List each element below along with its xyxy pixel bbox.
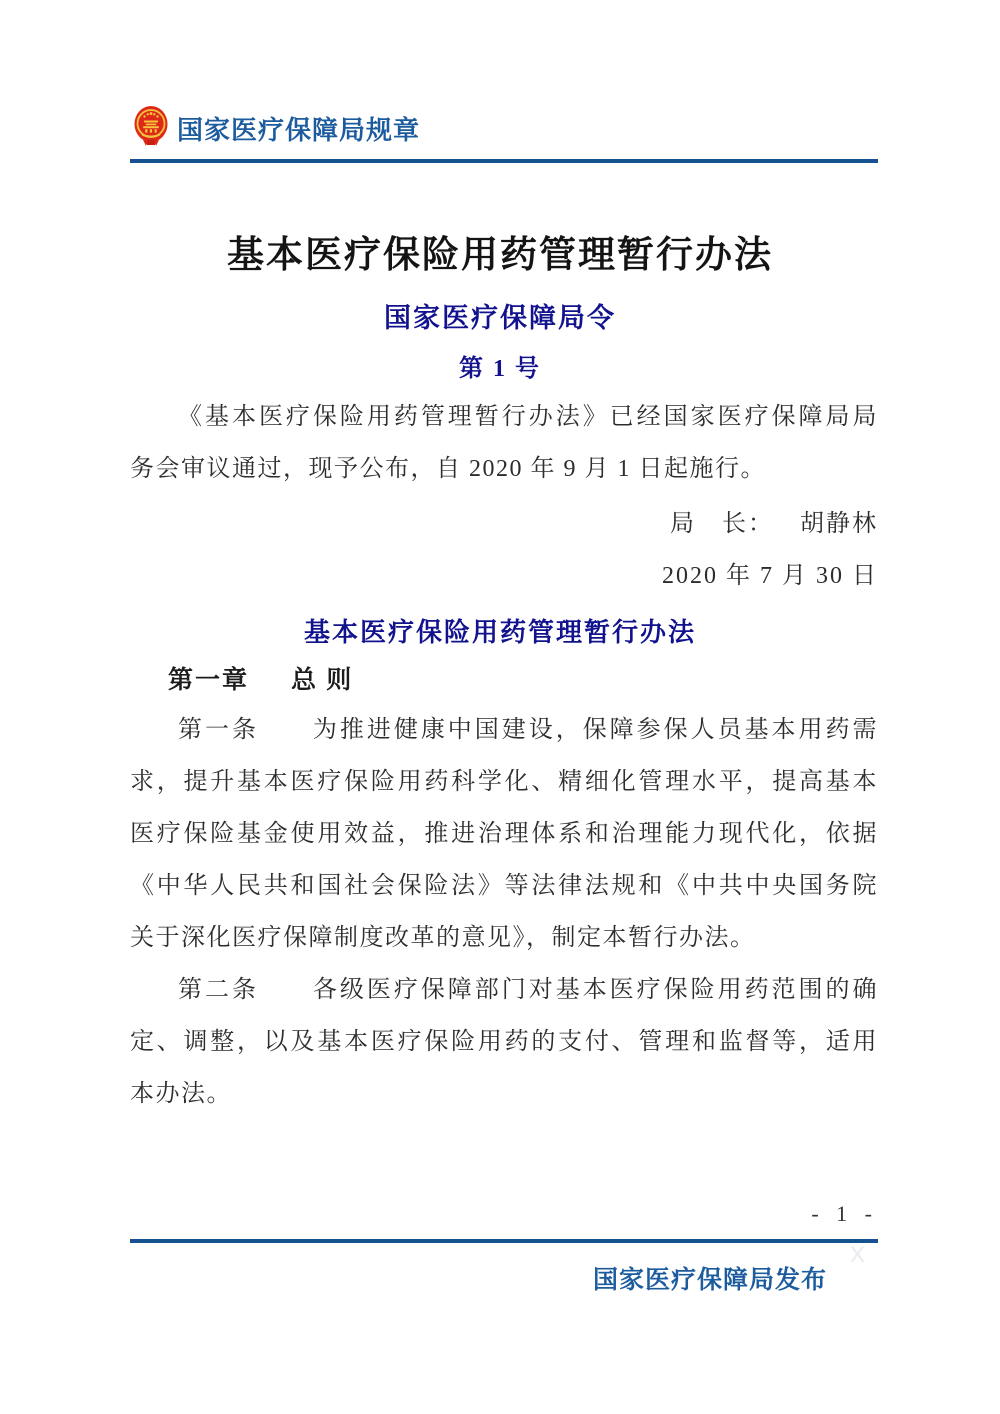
body-document-heading: 基本医疗保险用药管理暂行办法	[0, 607, 1000, 659]
header-agency-label: 国家医疗保障局规章	[177, 110, 420, 147]
footer-publisher: 国家医疗保障局发布	[0, 1258, 827, 1302]
footer-rule	[130, 1239, 878, 1243]
signature-line: 局 长：胡静林	[130, 498, 878, 550]
decree-issuer: 国家医疗保障局令	[0, 296, 1000, 335]
signer-name: 胡静林	[800, 511, 878, 537]
announcement-line: 《基本医疗保险用药管理暂行办法》已经国家医疗保障局局	[130, 391, 878, 443]
announcement-line: 务会审议通过，现予公布，自 2020 年 9 月 1 日起施行。	[130, 443, 878, 495]
signature-date: 2020 年 7 月 30 日	[130, 550, 878, 602]
document-page: 国家医疗保障局规章 基本医疗保险用药管理暂行办法 国家医疗保障局令 第 1 号 …	[0, 0, 1000, 1414]
chapter-number: 第一章	[168, 667, 249, 694]
article-line: 《中华人民共和国社会保险法》等法律法规和《中共中央国务院	[130, 860, 878, 912]
chapter-heading: 第一章总 则	[168, 655, 353, 707]
header-rule	[130, 159, 878, 163]
article-line: 关于深化医疗保障制度改革的意见》，制定本暂行办法。	[130, 912, 878, 964]
article-line: 第二条 各级医疗保障部门对基本医疗保险用药范围的确	[130, 964, 878, 1016]
document-title: 基本医疗保险用药管理暂行办法	[0, 224, 1000, 278]
article-line: 定、调整，以及基本医疗保险用药的支付、管理和监督等，适用	[130, 1016, 878, 1068]
article-line: 第一条 为推进健康中国建设，保障参保人员基本用药需	[130, 704, 878, 756]
chapter-title: 总 则	[291, 667, 353, 694]
national-emblem-icon	[133, 105, 169, 147]
announcement-paragraph: 《基本医疗保险用药管理暂行办法》已经国家医疗保障局局 务会审议通过，现予公布，自…	[130, 391, 878, 495]
page-number: - 1 -	[130, 1196, 878, 1232]
article-line: 医疗保险基金使用效益，推进治理体系和治理能力现代化，依据	[130, 808, 878, 860]
article-1-paragraph: 第一条 为推进健康中国建设，保障参保人员基本用药需 求，提升基本医疗保险用药科学…	[130, 704, 878, 964]
article-2-paragraph: 第二条 各级医疗保障部门对基本医疗保险用药范围的确 定、调整，以及基本医疗保险用…	[130, 964, 878, 1120]
article-line: 本办法。	[130, 1068, 878, 1120]
signer-label: 局 长：	[670, 511, 774, 537]
decree-number: 第 1 号	[0, 348, 1000, 383]
article-line: 求，提升基本医疗保险用药科学化、精细化管理水平，提高基本	[130, 756, 878, 808]
